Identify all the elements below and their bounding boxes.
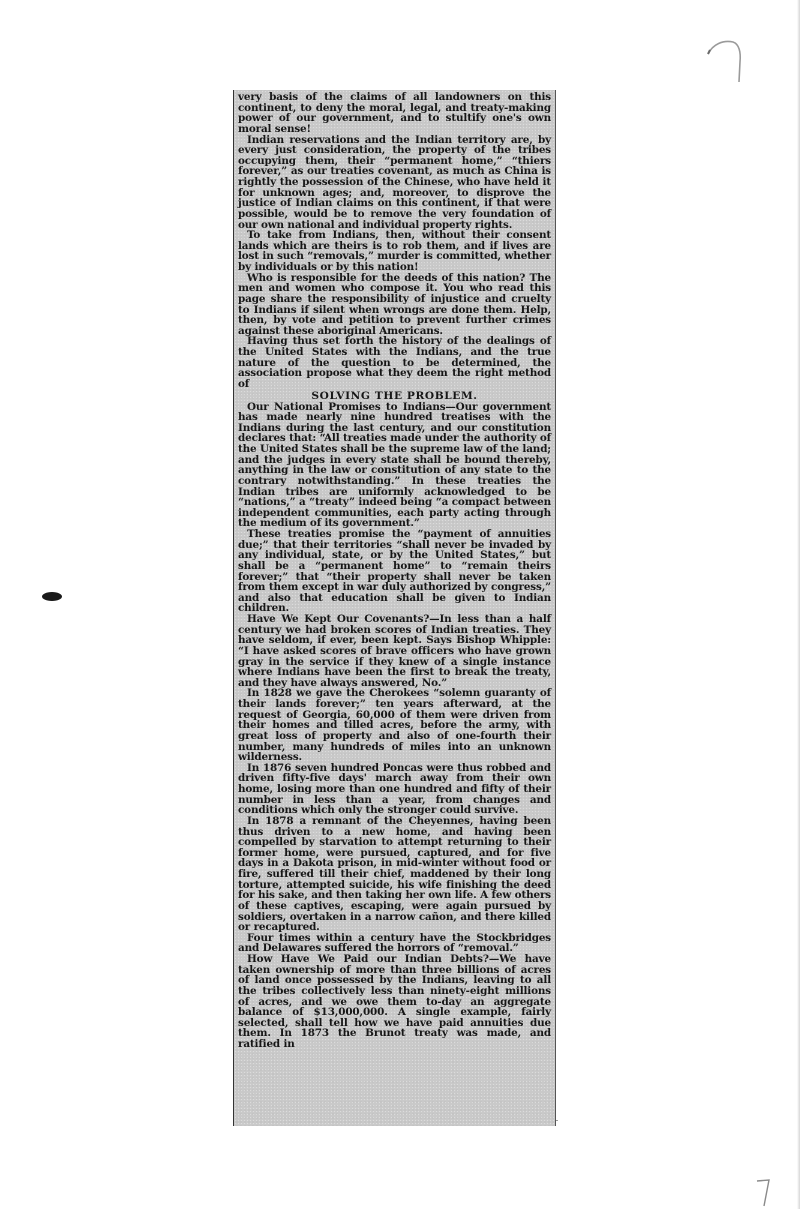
paragraph: How Have We Paid our Indian Debts?—We ha… — [238, 954, 551, 1050]
paragraph: very basis of the claims of all landowne… — [238, 92, 551, 135]
article-column: very basis of the claims of all landowne… — [238, 92, 551, 1050]
paragraph: Indian reservations and the Indian terri… — [238, 135, 551, 231]
paragraph: Four times within a century have the Sto… — [238, 933, 551, 954]
newspaper-clipping: very basis of the claims of all landowne… — [233, 90, 556, 1126]
paragraph: In 1828 we gave the Cherokees “solemn gu… — [238, 688, 551, 762]
paragraph: Having thus set forth the history of the… — [238, 336, 551, 389]
paragraph: Our National Promises to Indians—Our gov… — [238, 402, 551, 530]
paragraph: In 1876 seven hundred Poncas were thus r… — [238, 763, 551, 816]
ink-blot — [42, 592, 62, 601]
paragraph: Who is responsible for the deeds of this… — [238, 273, 551, 337]
handwritten-page-number-bottom — [755, 1178, 775, 1208]
paragraph: In 1878 a remnant of the Cheyennes, havi… — [238, 816, 551, 933]
paragraph: These treaties promise the “payment of a… — [238, 529, 551, 614]
handwritten-page-number-top — [705, 38, 745, 83]
paragraph: Have We Kept Our Covenants?—In less than… — [238, 614, 551, 688]
section-heading: SOLVING THE PROBLEM. — [238, 391, 551, 402]
paragraph: To take from Indians, then, without thei… — [238, 230, 551, 273]
